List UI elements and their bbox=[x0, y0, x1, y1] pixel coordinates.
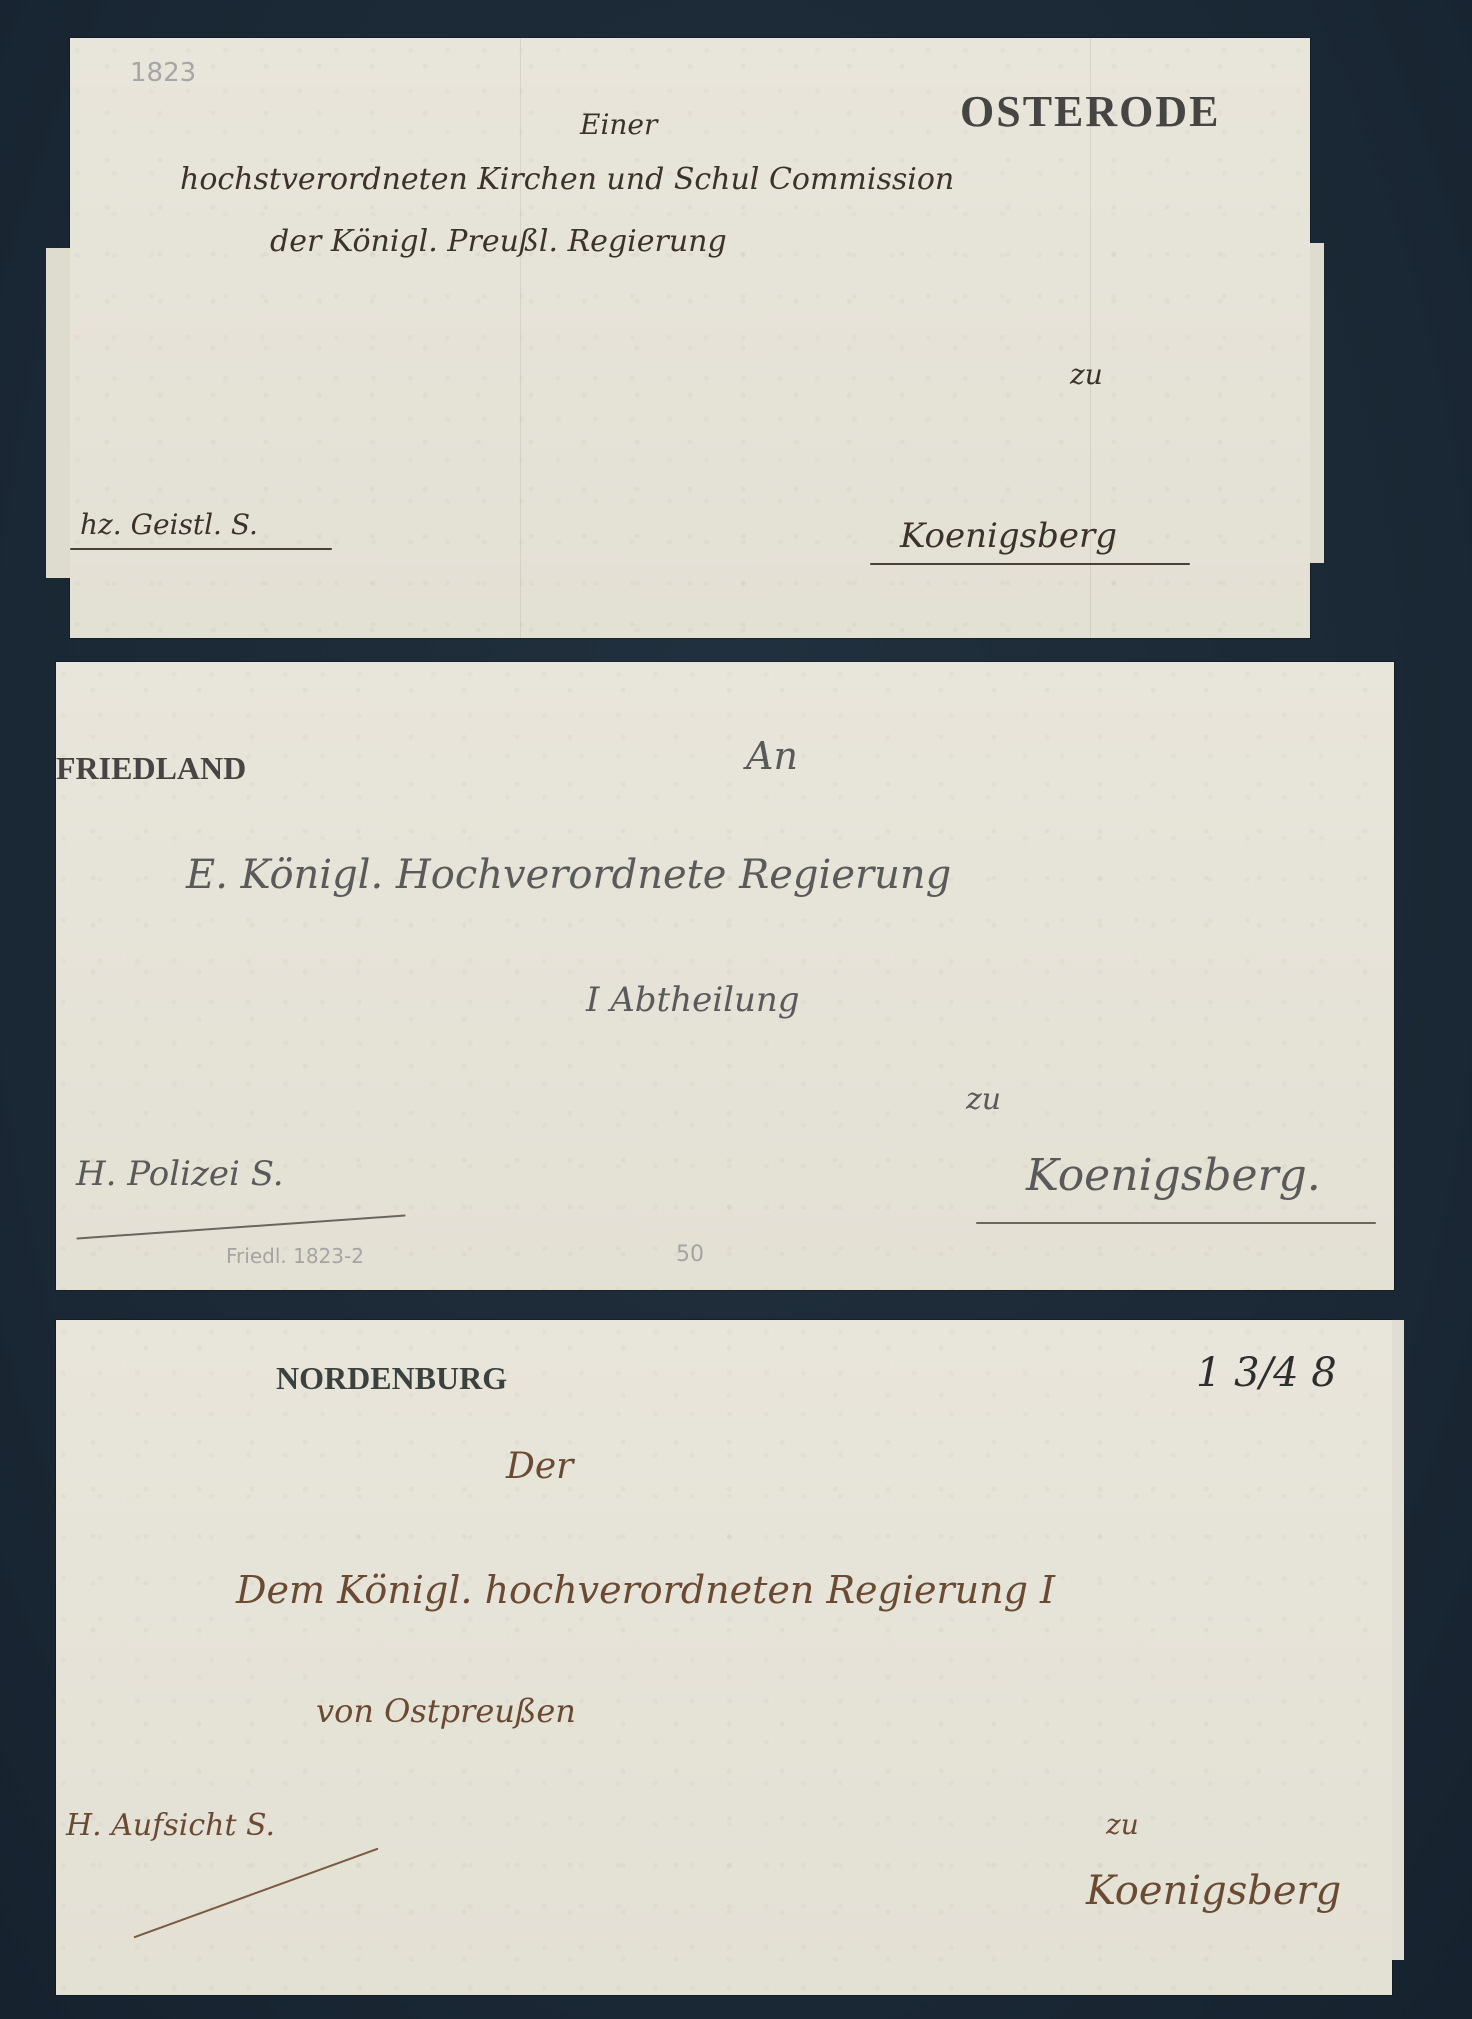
letter-osterode: 1823 OSTERODE Einer hochstverordneten Ki… bbox=[70, 38, 1310, 638]
address-line: E. Königl. Hochverordnete Regierung bbox=[186, 852, 951, 898]
pencil-number: 50 bbox=[676, 1242, 704, 1267]
city-underline bbox=[870, 563, 1190, 565]
address-line: der Königl. Preußl. Regierung bbox=[270, 224, 727, 259]
pencil-note: Friedl. 1823-2 bbox=[226, 1244, 364, 1268]
pencil-year-note: 1823 bbox=[130, 58, 196, 88]
city-underline bbox=[976, 1222, 1376, 1224]
letter-fold-flap bbox=[1392, 1320, 1404, 1960]
endorsement: hz. Geistl. S. bbox=[80, 508, 258, 541]
rate-docket: 1 3/4 8 bbox=[1196, 1350, 1337, 1396]
endorsement-underline bbox=[133, 1848, 378, 1939]
endorsement: H. Aufsicht S. bbox=[66, 1808, 275, 1843]
address-salutation: Der bbox=[506, 1446, 573, 1487]
address-line: hochstverordneten Kirchen und Schul Comm… bbox=[180, 162, 954, 197]
address-line: I Abtheilung bbox=[586, 980, 800, 1020]
address-zu: zu bbox=[1070, 358, 1103, 391]
address-city: Koenigsberg. bbox=[1026, 1150, 1321, 1201]
address-salutation: Einer bbox=[580, 108, 657, 141]
endorsement-underline bbox=[70, 548, 332, 550]
letter-friedland: FRIEDLAND An E. Königl. Hochverordnete R… bbox=[56, 662, 1394, 1290]
letter-fold-flap bbox=[46, 248, 70, 578]
endorsement: H. Polizei S. bbox=[76, 1154, 284, 1194]
endorsement-underline bbox=[76, 1214, 405, 1239]
address-zu: zu bbox=[1106, 1808, 1139, 1841]
postmark-friedland: FRIEDLAND bbox=[56, 750, 246, 787]
address-line: Dem Königl. hochverordneten Regierung I bbox=[236, 1568, 1055, 1612]
address-zu: zu bbox=[966, 1082, 1001, 1117]
fold-line bbox=[520, 38, 521, 638]
address-city: Koenigsberg bbox=[1086, 1868, 1341, 1914]
postmark-nordenburg: NORDENBURG bbox=[276, 1360, 507, 1397]
address-city: Koenigsberg bbox=[900, 516, 1117, 556]
letter-nordenburg: NORDENBURG 1 3/4 8 Der Dem Königl. hochv… bbox=[56, 1320, 1392, 1995]
postmark-osterode: OSTERODE bbox=[960, 86, 1221, 137]
address-salutation: An bbox=[746, 734, 798, 778]
address-line: von Ostpreußen bbox=[316, 1692, 576, 1730]
letter-fold-flap bbox=[1310, 243, 1324, 563]
